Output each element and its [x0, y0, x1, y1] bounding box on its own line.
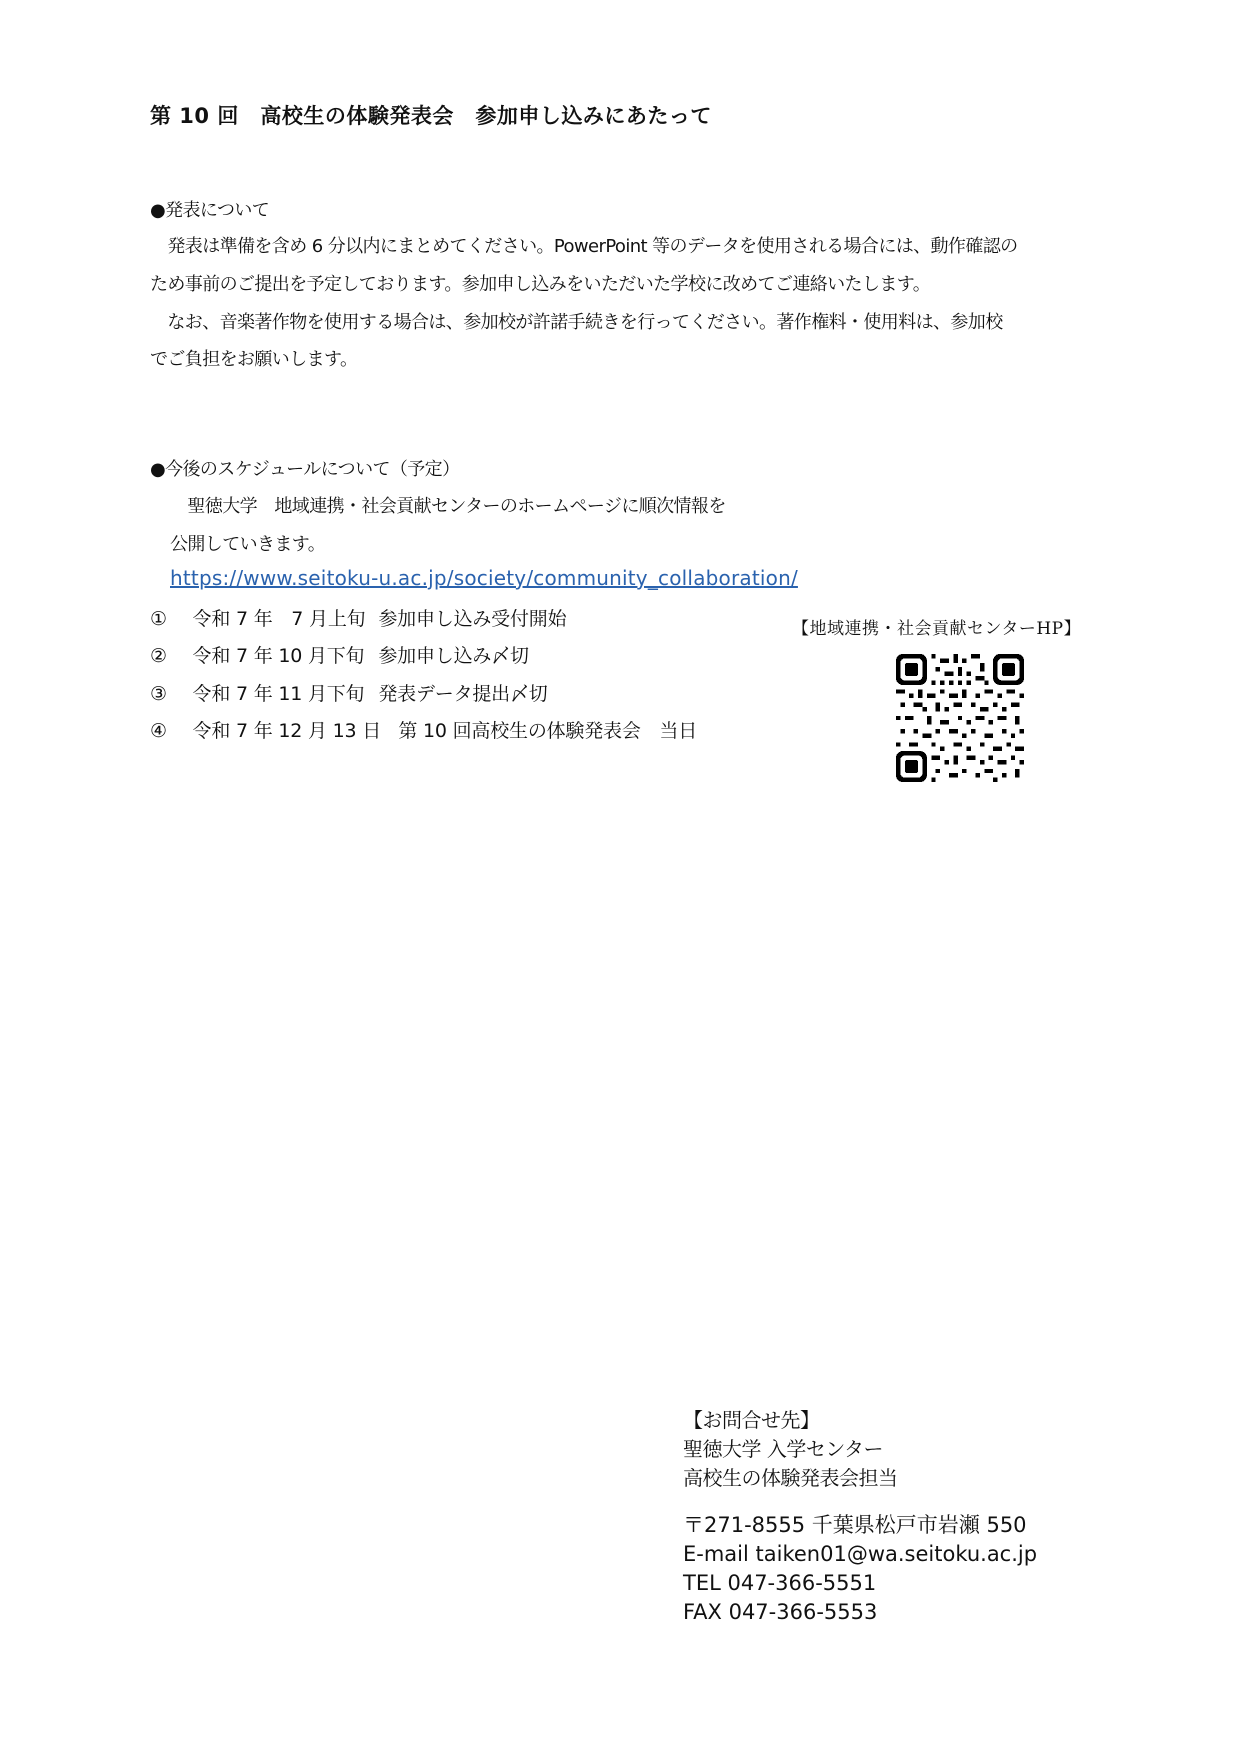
presentation-line: ため事前のご提出を予定しております。参加申し込みをいただいた学校に改めてご連絡い…	[150, 270, 930, 296]
schedule-item-date: 令和 7 年 7 月上旬	[193, 604, 373, 631]
community-collaboration-link[interactable]: https://www.seitoku-u.ac.jp/society/comm…	[170, 566, 798, 590]
schedule-item-number: ③	[150, 683, 167, 705]
contact-tel: TEL 047-366-5551	[683, 1569, 876, 1598]
presentation-line: 発表は準備を含め 6 分以内にまとめてください。PowerPoint 等のデータ…	[150, 232, 1018, 258]
qr-caption: 【地域連携・社会貢献センターHP】	[792, 614, 1081, 639]
contact-heading: 【お問合せ先】	[683, 1406, 820, 1435]
schedule-item-event: 参加申し込み受付開始	[378, 608, 566, 630]
schedule-item: ① 令和 7 年 7 月上旬 参加申し込み受付開始	[150, 604, 566, 631]
contact-address: 〒271-8555 千葉県松戸市岩瀬 550	[683, 1511, 1027, 1540]
schedule-item: ③ 令和 7 年 11 月下旬 発表データ提出〆切	[150, 679, 548, 706]
schedule-item-event: 発表データ提出〆切	[378, 683, 547, 705]
schedule-item-event: 第 10 回高校生の体験発表会 当日	[398, 720, 697, 742]
schedule-item-date: 令和 7 年 10 月下旬	[193, 641, 373, 668]
presentation-line: なお、音楽著作物を使用する場合は、参加校が許諾手続きを行ってください。著作権料・…	[150, 308, 1003, 334]
schedule-intro-line: 聖徳大学 地域連携・社会貢献センターのホームページに順次情報を	[170, 492, 726, 518]
schedule-item: ② 令和 7 年 10 月下旬 参加申し込み〆切	[150, 641, 529, 668]
presentation-heading: ●発表について	[150, 196, 269, 222]
schedule-intro-line: 公開していきます。	[170, 530, 325, 556]
contact-fax: FAX 047-366-5553	[683, 1598, 877, 1627]
schedule-heading: ●今後のスケジュールについて（予定）	[150, 455, 459, 481]
schedule-item-number: ④	[150, 720, 167, 742]
presentation-line: でご負担をお願いします。	[150, 345, 357, 371]
schedule-item-date: 令和 7 年 12 月 13 日	[193, 716, 393, 743]
contact-organization: 聖徳大学 入学センター	[683, 1435, 883, 1464]
contact-email: E-mail taiken01@wa.seitoku.ac.jp	[683, 1540, 1037, 1569]
schedule-item-event: 参加申し込み〆切	[378, 645, 528, 667]
qr-code-icon[interactable]	[896, 654, 1024, 782]
page-title: 第 10 回 高校生の体験発表会 参加申し込みにあたって	[150, 100, 712, 130]
schedule-item: ④ 令和 7 年 12 月 13 日 第 10 回高校生の体験発表会 当日	[150, 716, 697, 743]
schedule-item-number: ①	[150, 608, 167, 630]
contact-department: 高校生の体験発表会担当	[683, 1464, 898, 1493]
schedule-item-date: 令和 7 年 11 月下旬	[193, 679, 373, 706]
schedule-item-number: ②	[150, 645, 167, 667]
